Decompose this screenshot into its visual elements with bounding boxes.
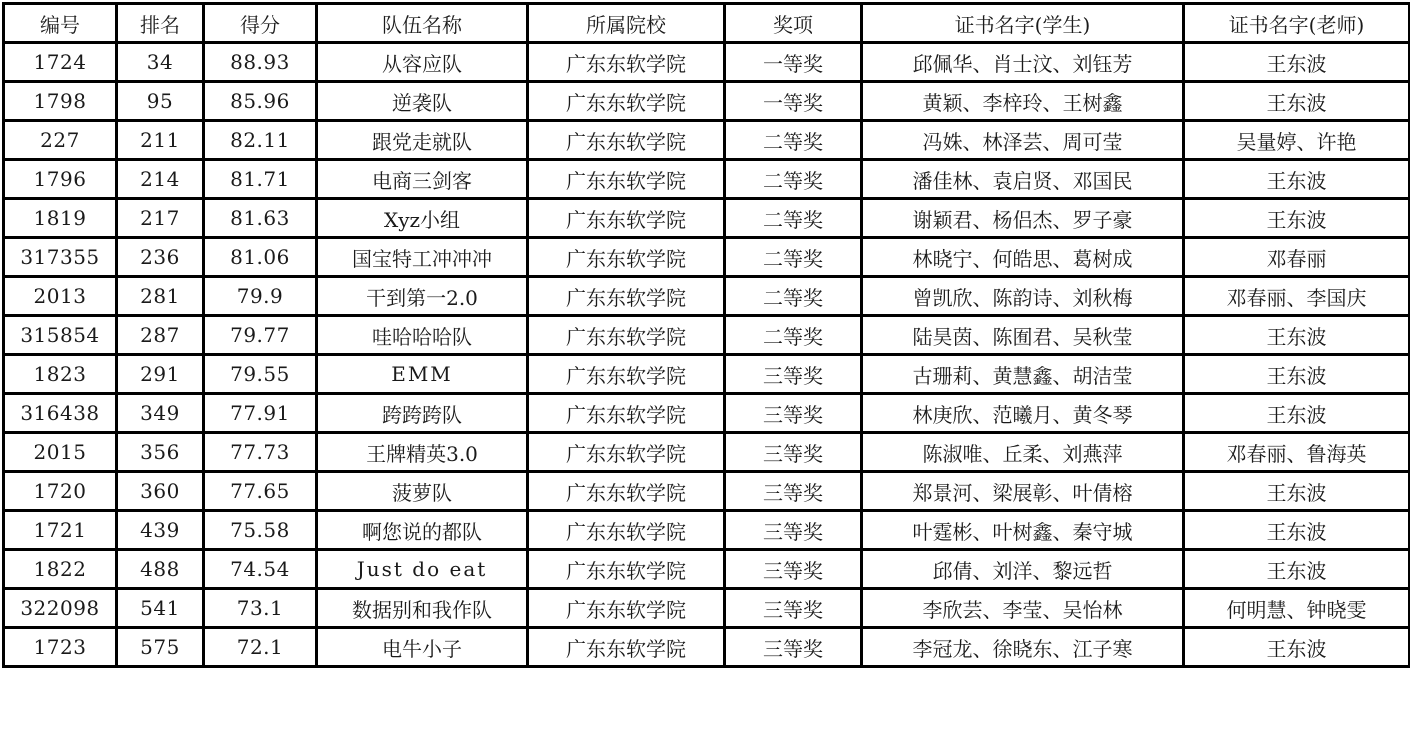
cell-id: 2013 [4, 277, 117, 316]
cell-school: 广东东软学院 [528, 355, 725, 394]
awards-sheet: 编号 排名 得分 队伍名称 所属院校 奖项 证书名字(学生) 证书名字(老师) … [2, 2, 1410, 668]
cell-team-name: 电牛小子 [317, 628, 528, 667]
cell-score: 72.1 [204, 628, 317, 667]
cell-award: 三等奖 [725, 628, 862, 667]
table-row: 181921781.63Xyz小组广东东软学院二等奖谢颖君、杨侣杰、罗子豪王东波 [4, 199, 1410, 238]
cell-team-name: 电商三剑客 [317, 160, 528, 199]
cell-award: 三等奖 [725, 589, 862, 628]
cell-rank: 439 [117, 511, 204, 550]
header-award: 奖项 [725, 4, 862, 43]
table-row: 31735523681.06国宝特工冲冲冲广东东软学院二等奖林晓宁、何皓思、葛树… [4, 238, 1410, 277]
cell-team-name: 数据别和我作队 [317, 589, 528, 628]
cell-student-names: 李欣芸、李莹、吴怡林 [862, 589, 1184, 628]
cell-award: 三等奖 [725, 355, 862, 394]
cell-teacher-names: 王东波 [1184, 511, 1410, 550]
cell-id: 1798 [4, 82, 117, 121]
cell-rank: 34 [117, 43, 204, 82]
cell-team-name: 菠萝队 [317, 472, 528, 511]
cell-school: 广东东软学院 [528, 82, 725, 121]
cell-award: 二等奖 [725, 277, 862, 316]
cell-team-name: 跟党走就队 [317, 121, 528, 160]
cell-rank: 488 [117, 550, 204, 589]
cell-score: 77.73 [204, 433, 317, 472]
cell-id: 315854 [4, 316, 117, 355]
cell-school: 广东东软学院 [528, 472, 725, 511]
cell-school: 广东东软学院 [528, 238, 725, 277]
cell-student-names: 谢颖君、杨侣杰、罗子豪 [862, 199, 1184, 238]
cell-award: 二等奖 [725, 199, 862, 238]
table-row: 17989585.96逆袭队广东东软学院一等奖黄颖、李梓玲、王树鑫王东波 [4, 82, 1410, 121]
table-row: 31643834977.91跨跨跨队广东东软学院三等奖林庚欣、范曦月、黄冬琴王东… [4, 394, 1410, 433]
cell-school: 广东东软学院 [528, 433, 725, 472]
cell-team-name: 逆袭队 [317, 82, 528, 121]
cell-id: 227 [4, 121, 117, 160]
cell-team-name: 国宝特工冲冲冲 [317, 238, 528, 277]
cell-team-name: Xyz小组 [317, 199, 528, 238]
header-school: 所属院校 [528, 4, 725, 43]
cell-team-name: 从容应队 [317, 43, 528, 82]
header-student-names: 证书名字(学生) [862, 4, 1184, 43]
cell-score: 79.9 [204, 277, 317, 316]
cell-score: 81.71 [204, 160, 317, 199]
cell-teacher-names: 王东波 [1184, 472, 1410, 511]
cell-student-names: 黄颖、李梓玲、王树鑫 [862, 82, 1184, 121]
cell-id: 1796 [4, 160, 117, 199]
cell-rank: 575 [117, 628, 204, 667]
cell-school: 广东东软学院 [528, 316, 725, 355]
cell-rank: 281 [117, 277, 204, 316]
cell-team-name: 哇哈哈哈队 [317, 316, 528, 355]
cell-score: 81.63 [204, 199, 317, 238]
cell-team-name: Just do eat [317, 550, 528, 589]
cell-teacher-names: 邓春丽、李国庆 [1184, 277, 1410, 316]
table-row: 201328179.9干到第一2.0广东东软学院二等奖曾凯欣、陈韵诗、刘秋梅邓春… [4, 277, 1410, 316]
table-row: 179621481.71电商三剑客广东东软学院二等奖潘佳林、袁启贤、邓国民王东波 [4, 160, 1410, 199]
cell-teacher-names: 王东波 [1184, 199, 1410, 238]
cell-id: 322098 [4, 589, 117, 628]
cell-id: 1822 [4, 550, 117, 589]
cell-teacher-names: 王东波 [1184, 43, 1410, 82]
table-row: 182329179.55EMM广东东软学院三等奖古珊莉、黄慧鑫、胡洁莹王东波 [4, 355, 1410, 394]
cell-teacher-names: 王东波 [1184, 394, 1410, 433]
table-row: 172357572.1电牛小子广东东软学院三等奖李冠龙、徐晓东、江子寒王东波 [4, 628, 1410, 667]
cell-school: 广东东软学院 [528, 511, 725, 550]
cell-score: 85.96 [204, 82, 317, 121]
cell-school: 广东东软学院 [528, 394, 725, 433]
cell-team-name: 跨跨跨队 [317, 394, 528, 433]
table-row: 32209854173.1数据别和我作队广东东软学院三等奖李欣芸、李莹、吴怡林何… [4, 589, 1410, 628]
table-row: 172036077.65菠萝队广东东软学院三等奖郑景河、梁展彰、叶倩榕王东波 [4, 472, 1410, 511]
cell-score: 77.65 [204, 472, 317, 511]
cell-teacher-names: 吴量婷、许艳 [1184, 121, 1410, 160]
cell-teacher-names: 王东波 [1184, 160, 1410, 199]
cell-id: 1823 [4, 355, 117, 394]
cell-student-names: 李冠龙、徐晓东、江子寒 [862, 628, 1184, 667]
cell-rank: 95 [117, 82, 204, 121]
cell-student-names: 陆昊茵、陈囿君、吴秋莹 [862, 316, 1184, 355]
cell-student-names: 古珊莉、黄慧鑫、胡洁莹 [862, 355, 1184, 394]
cell-student-names: 潘佳林、袁启贤、邓国民 [862, 160, 1184, 199]
cell-award: 二等奖 [725, 160, 862, 199]
cell-school: 广东东软学院 [528, 199, 725, 238]
cell-rank: 287 [117, 316, 204, 355]
cell-id: 1720 [4, 472, 117, 511]
cell-teacher-names: 邓春丽 [1184, 238, 1410, 277]
cell-teacher-names: 何明慧、钟晓雯 [1184, 589, 1410, 628]
cell-student-names: 冯姝、林泽芸、周可莹 [862, 121, 1184, 160]
cell-rank: 217 [117, 199, 204, 238]
cell-score: 77.91 [204, 394, 317, 433]
cell-school: 广东东软学院 [528, 43, 725, 82]
cell-id: 316438 [4, 394, 117, 433]
cell-school: 广东东软学院 [528, 550, 725, 589]
cell-team-name: 干到第一2.0 [317, 277, 528, 316]
cell-score: 88.93 [204, 43, 317, 82]
cell-student-names: 林庚欣、范曦月、黄冬琴 [862, 394, 1184, 433]
table-row: 22721182.11跟党走就队广东东软学院二等奖冯姝、林泽芸、周可莹吴量婷、许… [4, 121, 1410, 160]
cell-rank: 541 [117, 589, 204, 628]
cell-teacher-names: 王东波 [1184, 82, 1410, 121]
cell-id: 1724 [4, 43, 117, 82]
cell-award: 三等奖 [725, 394, 862, 433]
cell-award: 二等奖 [725, 238, 862, 277]
table-row: 31585428779.77哇哈哈哈队广东东软学院二等奖陆昊茵、陈囿君、吴秋莹王… [4, 316, 1410, 355]
cell-award: 三等奖 [725, 550, 862, 589]
cell-school: 广东东软学院 [528, 628, 725, 667]
cell-award: 一等奖 [725, 43, 862, 82]
cell-rank: 356 [117, 433, 204, 472]
table-row: 201535677.73王牌精英3.0广东东软学院三等奖陈淑唯、丘柔、刘燕萍邓春… [4, 433, 1410, 472]
cell-team-name: 啊您说的都队 [317, 511, 528, 550]
cell-student-names: 郑景河、梁展彰、叶倩榕 [862, 472, 1184, 511]
cell-student-names: 曾凯欣、陈韵诗、刘秋梅 [862, 277, 1184, 316]
awards-table: 编号 排名 得分 队伍名称 所属院校 奖项 证书名字(学生) 证书名字(老师) … [2, 2, 1410, 668]
header-teacher-names: 证书名字(老师) [1184, 4, 1410, 43]
table-row: 172143975.58啊您说的都队广东东软学院三等奖叶霆彬、叶树鑫、秦守城王东… [4, 511, 1410, 550]
cell-score: 81.06 [204, 238, 317, 277]
cell-id: 2015 [4, 433, 117, 472]
cell-score: 79.55 [204, 355, 317, 394]
cell-award: 一等奖 [725, 82, 862, 121]
cell-award: 三等奖 [725, 511, 862, 550]
cell-award: 三等奖 [725, 433, 862, 472]
cell-score: 75.58 [204, 511, 317, 550]
cell-school: 广东东软学院 [528, 121, 725, 160]
cell-rank: 236 [117, 238, 204, 277]
cell-school: 广东东软学院 [528, 160, 725, 199]
cell-student-names: 邱倩、刘洋、黎远哲 [862, 550, 1184, 589]
header-rank: 排名 [117, 4, 204, 43]
cell-team-name: EMM [317, 355, 528, 394]
cell-teacher-names: 王东波 [1184, 316, 1410, 355]
header-score: 得分 [204, 4, 317, 43]
cell-id: 317355 [4, 238, 117, 277]
cell-school: 广东东软学院 [528, 589, 725, 628]
table-row: 182248874.54Just do eat广东东软学院三等奖邱倩、刘洋、黎远… [4, 550, 1410, 589]
cell-award: 二等奖 [725, 121, 862, 160]
cell-award: 二等奖 [725, 316, 862, 355]
cell-teacher-names: 王东波 [1184, 355, 1410, 394]
cell-rank: 360 [117, 472, 204, 511]
header-row: 编号 排名 得分 队伍名称 所属院校 奖项 证书名字(学生) 证书名字(老师) [4, 4, 1410, 43]
header-id: 编号 [4, 4, 117, 43]
cell-id: 1723 [4, 628, 117, 667]
cell-student-names: 叶霆彬、叶树鑫、秦守城 [862, 511, 1184, 550]
cell-score: 79.77 [204, 316, 317, 355]
cell-student-names: 邱佩华、肖士汶、刘钰芳 [862, 43, 1184, 82]
cell-score: 82.11 [204, 121, 317, 160]
table-row: 17243488.93从容应队广东东软学院一等奖邱佩华、肖士汶、刘钰芳王东波 [4, 43, 1410, 82]
cell-award: 三等奖 [725, 472, 862, 511]
cell-rank: 214 [117, 160, 204, 199]
cell-school: 广东东软学院 [528, 277, 725, 316]
header-team-name: 队伍名称 [317, 4, 528, 43]
cell-score: 74.54 [204, 550, 317, 589]
cell-rank: 291 [117, 355, 204, 394]
cell-id: 1721 [4, 511, 117, 550]
cell-teacher-names: 王东波 [1184, 628, 1410, 667]
cell-student-names: 林晓宁、何皓思、葛树成 [862, 238, 1184, 277]
cell-rank: 211 [117, 121, 204, 160]
cell-teacher-names: 王东波 [1184, 550, 1410, 589]
cell-rank: 349 [117, 394, 204, 433]
cell-team-name: 王牌精英3.0 [317, 433, 528, 472]
cell-score: 73.1 [204, 589, 317, 628]
cell-teacher-names: 邓春丽、鲁海英 [1184, 433, 1410, 472]
cell-id: 1819 [4, 199, 117, 238]
cell-student-names: 陈淑唯、丘柔、刘燕萍 [862, 433, 1184, 472]
